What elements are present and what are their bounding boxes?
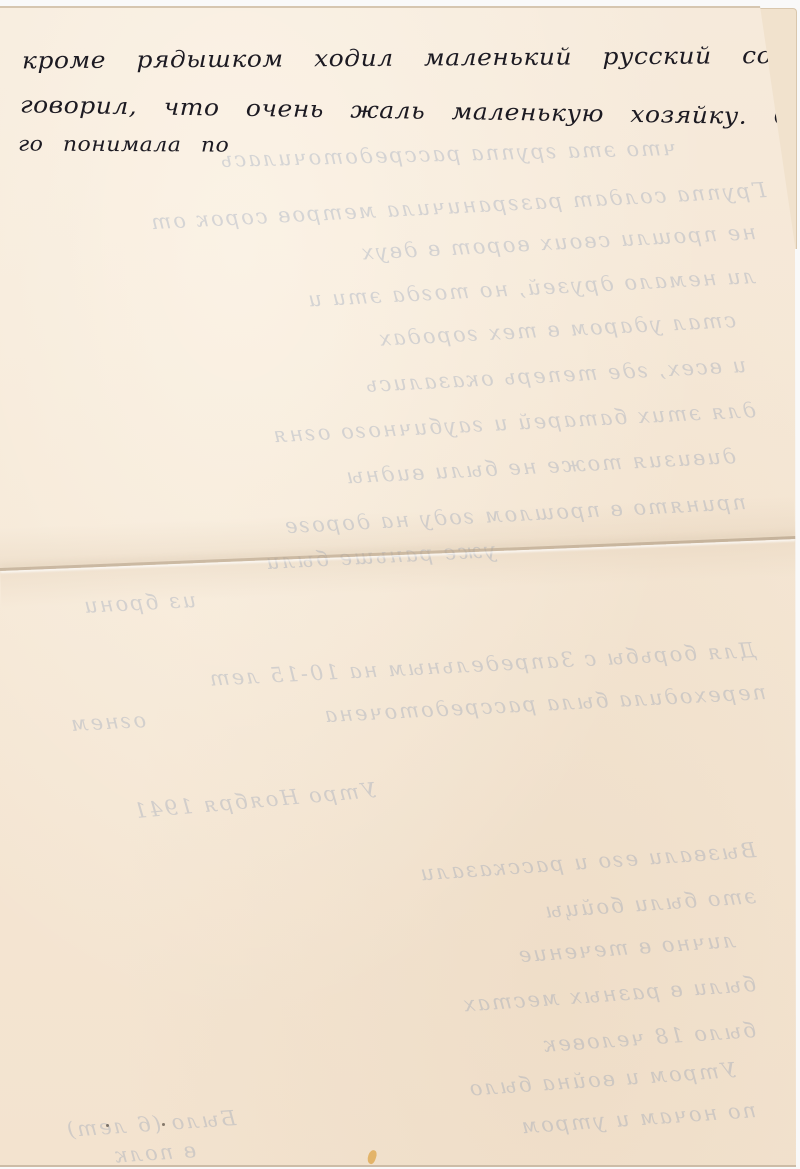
bleed-line: были в разных местах <box>461 972 757 1017</box>
bleed-line: Для борьбы с Запредельным на 10-15 лет <box>207 638 756 691</box>
bleed-line: дивизия тоже не были видны <box>344 444 737 488</box>
bleed-line: лично в течение <box>516 928 737 967</box>
bleed-line: Утром и война было <box>467 1058 737 1101</box>
bleed-line: Было (6 лет) <box>64 1106 237 1142</box>
fold-shadow <box>0 496 797 608</box>
bleed-line: Вызвали его и рассказали <box>418 838 757 886</box>
amber-stain <box>366 1149 378 1165</box>
bleed-line: Утро Ноября 1941 <box>131 778 377 823</box>
document-photo: что эта группа рассредоточилась Группа с… <box>0 0 800 1169</box>
paper-speck <box>106 1124 109 1127</box>
handwriting-line-2: говорил, что очень жаль маленькую хозяйк… <box>20 91 800 132</box>
handwriting-line-3: го понимала по <box>18 133 229 157</box>
bleed-line: это были бойцы <box>542 884 756 923</box>
bleed-line: переходила была рассредоточена <box>322 680 767 727</box>
bleed-line: было 18 человек <box>541 1018 757 1057</box>
bleed-line: Группа солдат разграничила метров сорок … <box>149 178 767 234</box>
bleed-line: что эта группа рассредоточилась <box>219 136 677 172</box>
bleed-line: для этих батарей и гаубичного огня <box>271 398 757 447</box>
bleed-line: в полк <box>112 1138 196 1168</box>
letter-page: что эта группа рассредоточилась Группа с… <box>0 6 796 1167</box>
bleed-line: не прошли своих ворот в двух <box>359 220 756 265</box>
bleed-line: по ночам и утром <box>519 1098 757 1138</box>
bleed-line: и всех, где теперь оказались <box>363 353 746 397</box>
bleed-line: ли немало друзей, но тогда эти и <box>306 264 757 312</box>
handwriting-line-1: кроме рядышком ходил маленький русский с… <box>22 41 800 74</box>
paper-speck <box>162 1123 165 1126</box>
bleed-line: огнем <box>69 708 147 736</box>
bleed-line: стал ударом в тех городах <box>377 308 737 351</box>
